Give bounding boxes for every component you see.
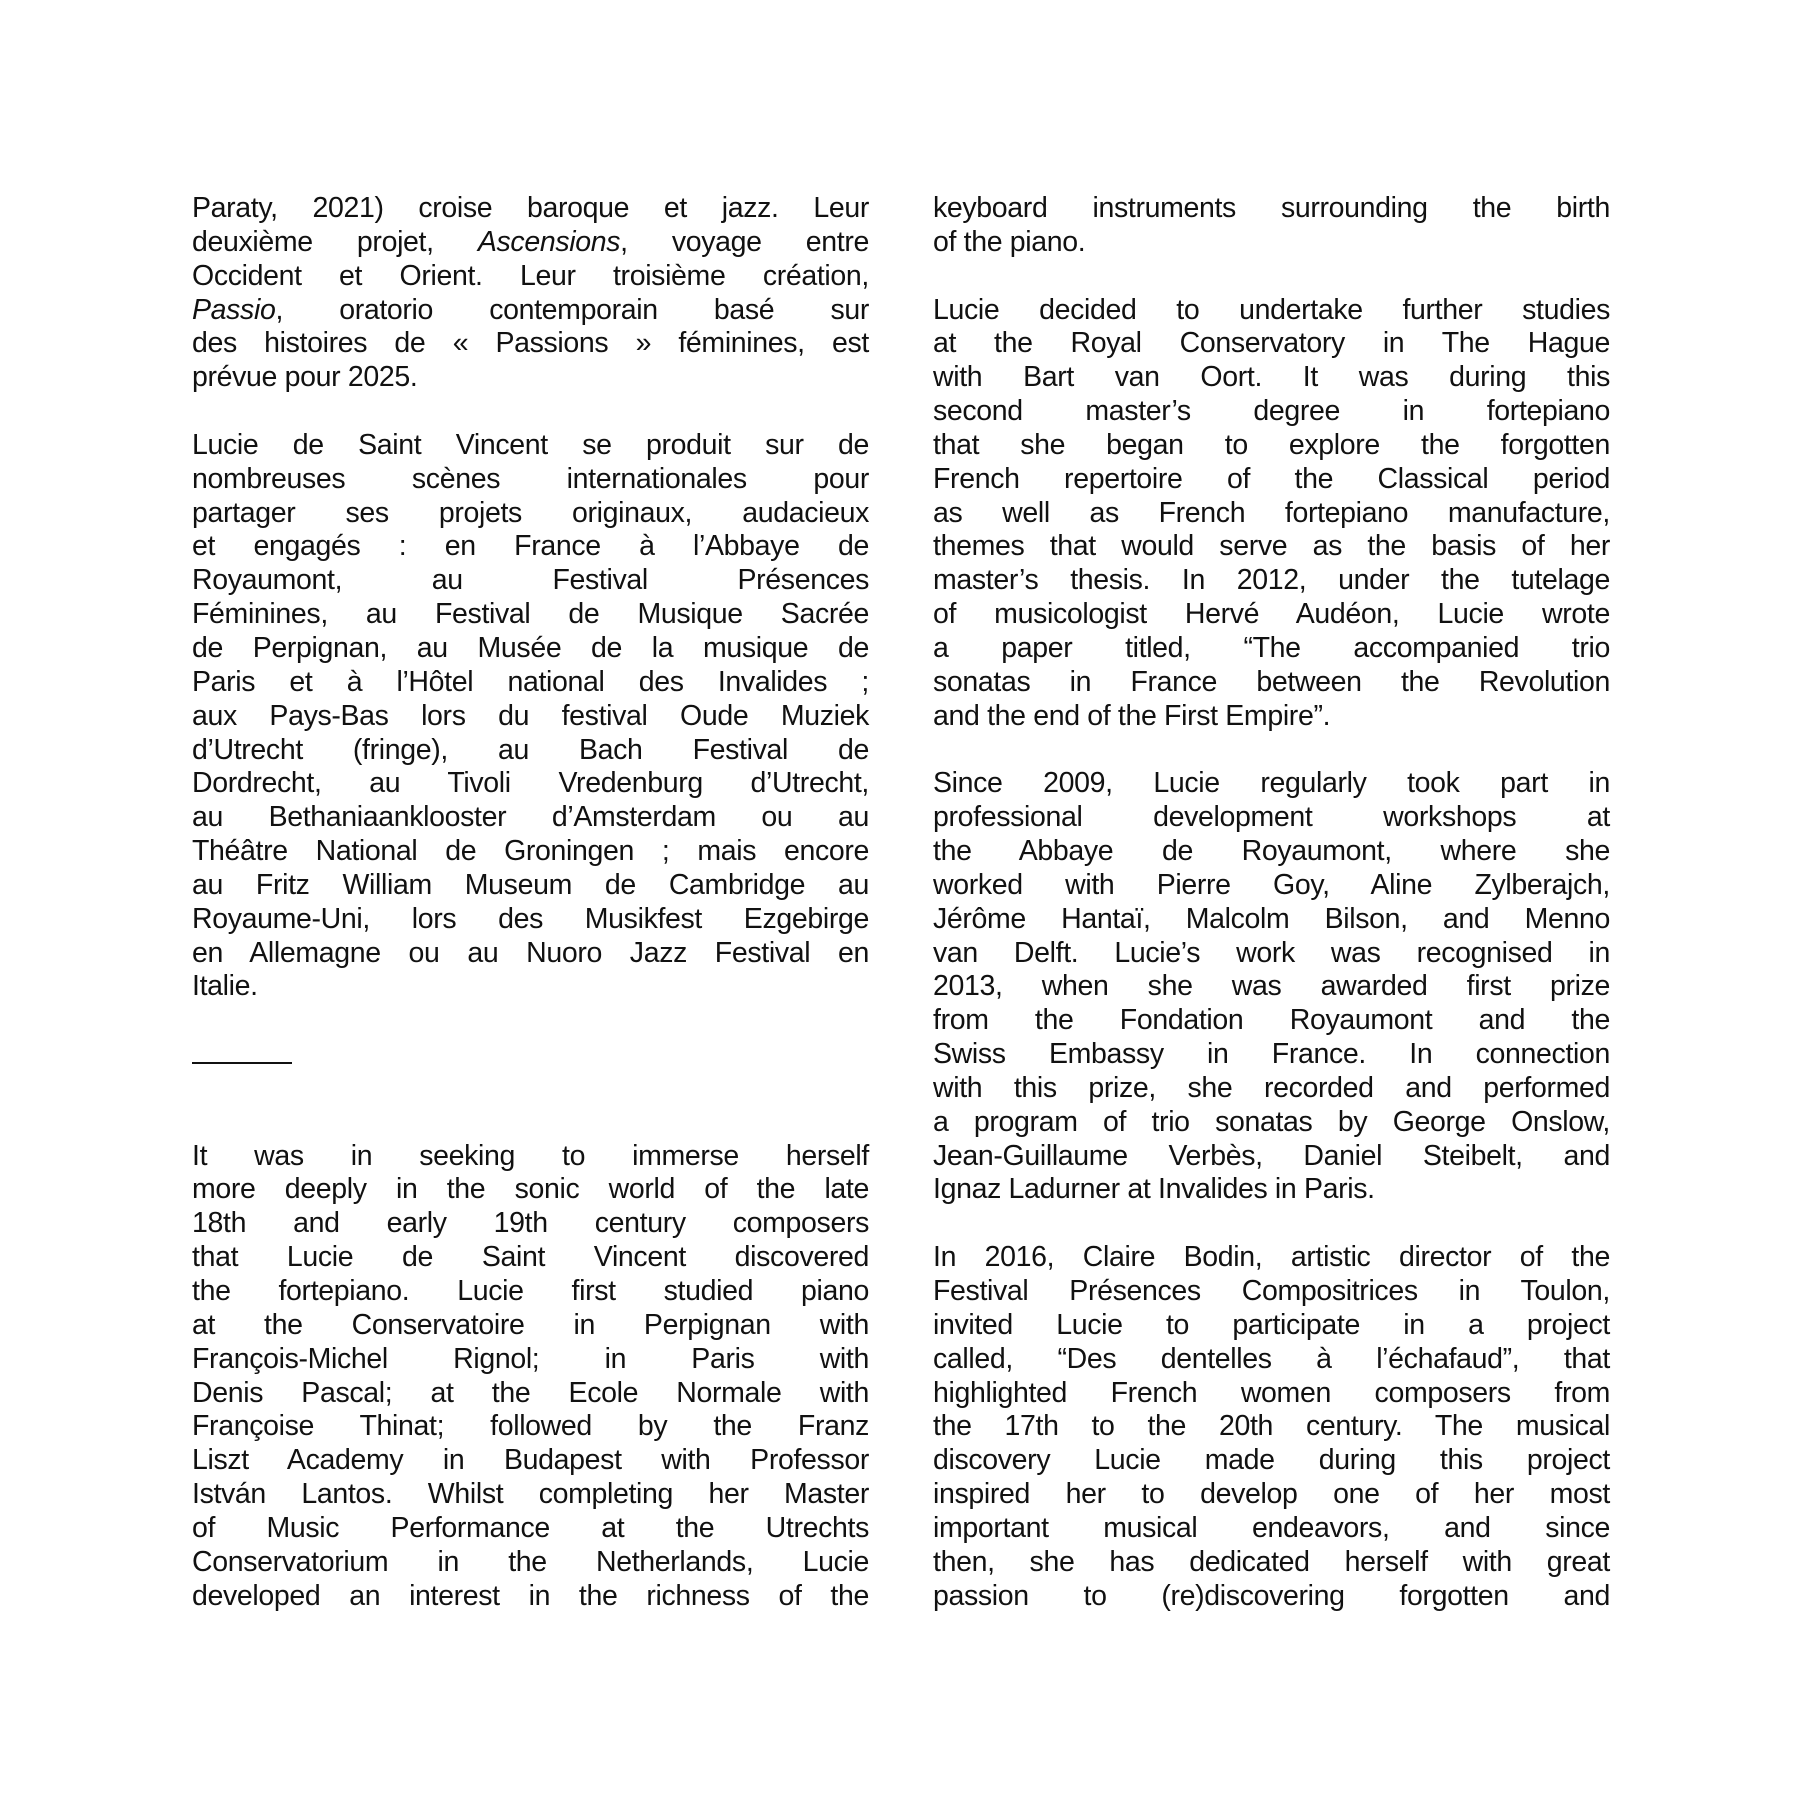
text-line: 18th and early 19th century composers bbox=[192, 1207, 869, 1241]
text-line: from the Fondation Royaumont and the bbox=[933, 1004, 1610, 1038]
text-line: partager ses projets originaux, audacieu… bbox=[192, 497, 869, 531]
text-line: professional development workshops at bbox=[933, 801, 1610, 835]
text-line: with this prize, she recorded and perfor… bbox=[933, 1072, 1610, 1106]
text-line: Paraty, 2021) croise baroque et jazz. Le… bbox=[192, 192, 869, 226]
text-line: the 17th to the 20th century. The musica… bbox=[933, 1410, 1610, 1444]
right-text-column: keyboard instruments surrounding the bir… bbox=[933, 192, 1610, 1647]
text-line: with Bart van Oort. It was during this bbox=[933, 361, 1610, 395]
text-line: d’Utrecht (fringe), au Bach Festival de bbox=[192, 734, 869, 768]
document-page: Paraty, 2021) croise baroque et jazz. Le… bbox=[0, 0, 1796, 1796]
text-line: van Delft. Lucie’s work was recognised i… bbox=[933, 937, 1610, 971]
paragraph: Lucie de Saint Vincent se produit sur de… bbox=[192, 429, 869, 1004]
text-line: the fortepiano. Lucie first studied pian… bbox=[192, 1275, 869, 1309]
text-line: Passio, oratorio contemporain basé sur bbox=[192, 294, 869, 328]
text-line: Liszt Academy in Budapest with Professor bbox=[192, 1444, 869, 1478]
text-line: In 2016, Claire Bodin, artistic director… bbox=[933, 1241, 1610, 1275]
text-line: and the end of the First Empire”. bbox=[933, 700, 1610, 734]
text-line: of Music Performance at the Utrechts bbox=[192, 1512, 869, 1546]
text-line: French repertoire of the Classical perio… bbox=[933, 463, 1610, 497]
text-line: of musicologist Hervé Audéon, Lucie wrot… bbox=[933, 598, 1610, 632]
text-line: developed an interest in the richness of… bbox=[192, 1580, 869, 1614]
text-line: then, she has dedicated herself with gre… bbox=[933, 1546, 1610, 1580]
text-line: nombreuses scènes internationales pour bbox=[192, 463, 869, 497]
text-line: as well as French fortepiano manufacture… bbox=[933, 497, 1610, 531]
text-line: master’s thesis. In 2012, under the tute… bbox=[933, 564, 1610, 598]
italic-title: Passio bbox=[192, 294, 275, 326]
text-line: Françoise Thinat; followed by the Franz bbox=[192, 1410, 869, 1444]
text-line: Royaume-Uni, lors des Musikfest Ezgebirg… bbox=[192, 903, 869, 937]
text-line: that Lucie de Saint Vincent discovered bbox=[192, 1241, 869, 1275]
paragraph: keyboard instruments surrounding the bir… bbox=[933, 192, 1610, 260]
text-line: István Lantos. Whilst completing her Mas… bbox=[192, 1478, 869, 1512]
text-line: de Perpignan, au Musée de la musique de bbox=[192, 632, 869, 666]
paragraph: It was in seeking to immerse herselfmore… bbox=[192, 1140, 869, 1614]
text-line: en Allemagne ou au Nuoro Jazz Festival e… bbox=[192, 937, 869, 971]
left-text-column: Paraty, 2021) croise baroque et jazz. Le… bbox=[192, 192, 869, 1647]
text-line: the Abbaye de Royaumont, where she bbox=[933, 835, 1610, 869]
text-line: 2013, when she was awarded first prize bbox=[933, 970, 1610, 1004]
text-line: Paris et à l’Hôtel national des Invalide… bbox=[192, 666, 869, 700]
text-line: aux Pays-Bas lors du festival Oude Muzie… bbox=[192, 700, 869, 734]
text-line: Jean-Guillaume Verbès, Daniel Steibelt, … bbox=[933, 1140, 1610, 1174]
text-line: et engagés : en France à l’Abbaye de bbox=[192, 530, 869, 564]
text-line: Royaumont, au Festival Présences bbox=[192, 564, 869, 598]
paragraph: Since 2009, Lucie regularly took part in… bbox=[933, 767, 1610, 1207]
text-line: Théâtre National de Groningen ; mais enc… bbox=[192, 835, 869, 869]
text-line: Ignaz Ladurner at Invalides in Paris. bbox=[933, 1173, 1610, 1207]
paragraph: Paraty, 2021) croise baroque et jazz. Le… bbox=[192, 192, 869, 395]
text-line: important musical endeavors, and since bbox=[933, 1512, 1610, 1546]
text-line: des histoires de « Passions » féminines,… bbox=[192, 327, 869, 361]
text-line: sonatas in France between the Revolution bbox=[933, 666, 1610, 700]
text-line: keyboard instruments surrounding the bir… bbox=[933, 192, 1610, 226]
text-line: themes that would serve as the basis of … bbox=[933, 530, 1610, 564]
text-line: au Fritz William Museum de Cambridge au bbox=[192, 869, 869, 903]
text-line: Festival Présences Compositrices in Toul… bbox=[933, 1275, 1610, 1309]
paragraph: Lucie decided to undertake further studi… bbox=[933, 294, 1610, 734]
text-line: more deeply in the sonic world of the la… bbox=[192, 1173, 869, 1207]
text-line: Swiss Embassy in France. In connection bbox=[933, 1038, 1610, 1072]
text-line: inspired her to develop one of her most bbox=[933, 1478, 1610, 1512]
text-line: second master’s degree in fortepiano bbox=[933, 395, 1610, 429]
text-line: Occident et Orient. Leur troisième créat… bbox=[192, 260, 869, 294]
text-line: Denis Pascal; at the Ecole Normale with bbox=[192, 1377, 869, 1411]
text-line: Conservatorium in the Netherlands, Lucie bbox=[192, 1546, 869, 1580]
text-line: Jérôme Hantaï, Malcolm Bilson, and Menno bbox=[933, 903, 1610, 937]
text-line: worked with Pierre Goy, Aline Zylberajch… bbox=[933, 869, 1610, 903]
text-line: Since 2009, Lucie regularly took part in bbox=[933, 767, 1610, 801]
text-line: of the piano. bbox=[933, 226, 1610, 260]
text-line: Italie. bbox=[192, 970, 869, 1004]
text-line: passion to (re)discovering forgotten and bbox=[933, 1580, 1610, 1614]
text-line: au Bethaniaanklooster d’Amsterdam ou au bbox=[192, 801, 869, 835]
text-line: at the Royal Conservatory in The Hague bbox=[933, 327, 1610, 361]
text-line: deuxième projet, Ascensions, voyage entr… bbox=[192, 226, 869, 260]
text-line: called, “Des dentelles à l’échafaud”, th… bbox=[933, 1343, 1610, 1377]
text-line: discovery Lucie made during this project bbox=[933, 1444, 1610, 1478]
paragraph: In 2016, Claire Bodin, artistic director… bbox=[933, 1241, 1610, 1613]
text-line: that she began to explore the forgotten bbox=[933, 429, 1610, 463]
text-line: It was in seeking to immerse herself bbox=[192, 1140, 869, 1174]
separator-rule bbox=[192, 1062, 292, 1064]
text-line: at the Conservatoire in Perpignan with bbox=[192, 1309, 869, 1343]
text-line: François-Michel Rignol; in Paris with bbox=[192, 1343, 869, 1377]
text-line: Féminines, au Festival de Musique Sacrée bbox=[192, 598, 869, 632]
section-separator bbox=[192, 1038, 869, 1072]
text-line: Lucie decided to undertake further studi… bbox=[933, 294, 1610, 328]
text-line: Lucie de Saint Vincent se produit sur de bbox=[192, 429, 869, 463]
text-line: invited Lucie to participate in a projec… bbox=[933, 1309, 1610, 1343]
text-line: a program of trio sonatas by George Onsl… bbox=[933, 1106, 1610, 1140]
text-line: highlighted French women composers from bbox=[933, 1377, 1610, 1411]
italic-title: Ascensions bbox=[478, 226, 620, 258]
text-line: a paper titled, “The accompanied trio bbox=[933, 632, 1610, 666]
text-line: Dordrecht, au Tivoli Vredenburg d’Utrech… bbox=[192, 767, 869, 801]
text-line: prévue pour 2025. bbox=[192, 361, 869, 395]
